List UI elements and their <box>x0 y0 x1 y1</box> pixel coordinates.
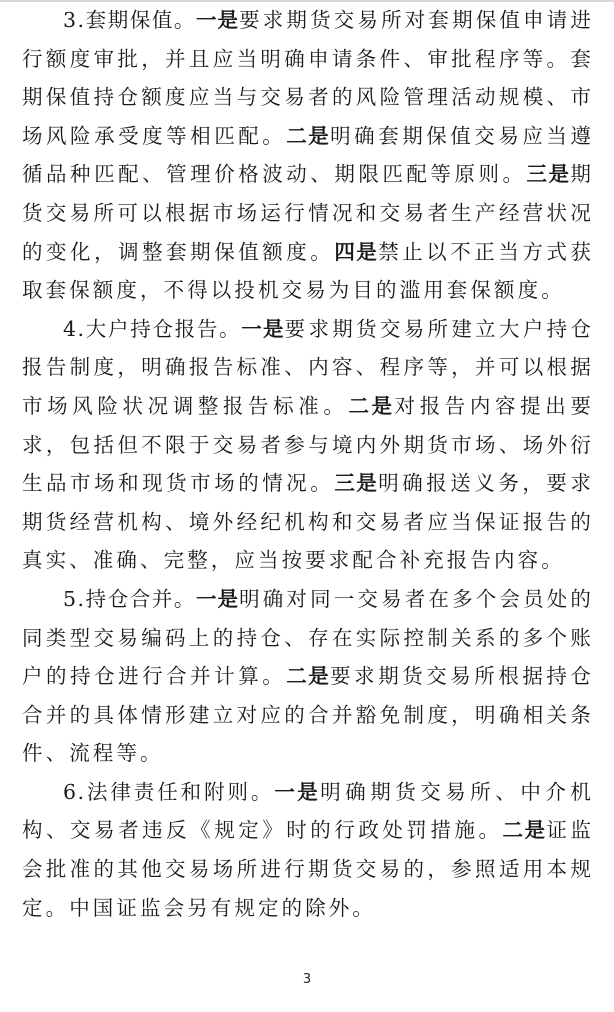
section-heading: 6.法律责任和附则。 <box>63 780 274 804</box>
section-heading: 3.套期保值。 <box>63 8 196 32</box>
section-hedging: 3.套期保值。一是要求期货交易所对套期保值申请进行额度审批，并且应当明确申请条件… <box>22 1 594 310</box>
point-marker: 二是 <box>349 394 395 418</box>
section-legal-liability: 6.法律责任和附则。一是明确期货交易所、中介机构、交易者违反《规定》时的行政处罚… <box>22 773 594 927</box>
point-marker: 四是 <box>334 240 378 264</box>
point-marker: 三是 <box>527 162 571 186</box>
point-marker: 二是 <box>286 664 330 688</box>
section-heading: 4.大户持仓报告。 <box>63 317 241 341</box>
document-body: 3.套期保值。一是要求期货交易所对套期保值申请进行额度审批，并且应当明确申请条件… <box>22 1 594 927</box>
section-heading: 5.持仓合并。 <box>63 587 196 611</box>
point-marker: 三是 <box>334 471 378 495</box>
point-marker: 二是 <box>503 818 547 842</box>
point-marker: 一是 <box>196 8 239 32</box>
section-position-aggregation: 5.持仓合并。一是明确对同一交易者在多个会员处的同类型交易编码上的持仓、存在实际… <box>22 580 594 773</box>
section-large-position-report: 4.大户持仓报告。一是要求期货交易所建立大户持仓报告制度，明确报告标准、内容、程… <box>22 310 594 580</box>
point-marker: 一是 <box>274 780 320 804</box>
point-marker: 一是 <box>241 317 284 341</box>
point-marker: 二是 <box>286 124 330 148</box>
page-number: 3 <box>0 972 614 987</box>
point-marker: 一是 <box>196 587 239 611</box>
